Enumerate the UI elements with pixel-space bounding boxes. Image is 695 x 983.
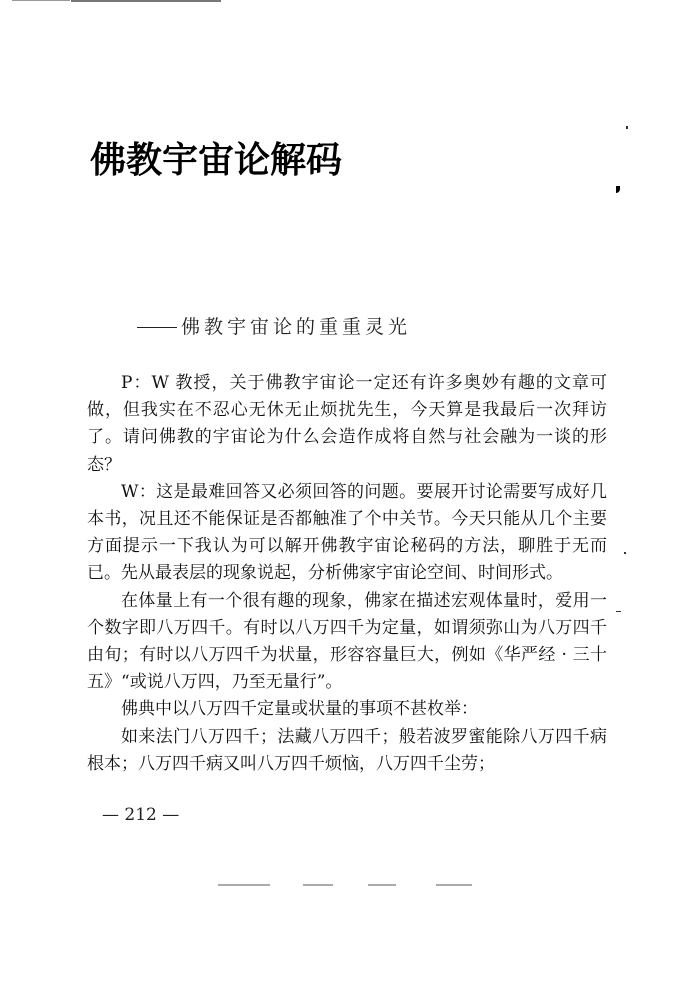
scan-smudge bbox=[436, 884, 472, 886]
paragraph: P：W 教授，关于佛教宇宙论一定还有许多奥妙有趣的文章可做，但我实在不忍心无休无… bbox=[87, 370, 607, 479]
scan-speck bbox=[626, 126, 628, 129]
chapter-title: 佛教宇宙论解码 bbox=[90, 132, 342, 183]
body-text: P：W 教授，关于佛教宇宙论一定还有许多奥妙有趣的文章可做，但我实在不忍心无休无… bbox=[87, 370, 607, 778]
scan-speck bbox=[616, 186, 620, 193]
paragraph: 如来法门八万四千；法藏八万四千；般若波罗蜜能除八万四千病根本；八万四千病又叫八万… bbox=[87, 724, 607, 778]
scan-smudge bbox=[218, 884, 270, 886]
scan-speck bbox=[624, 552, 626, 554]
scan-speck bbox=[616, 611, 621, 612]
paragraph: 佛典中以八万四千定量或状量的事项不甚枚举： bbox=[87, 696, 607, 723]
paragraph: W：这是最难回答又必须回答的问题。要展开讨论需要写成好几本书，况且还不能保证是否… bbox=[87, 479, 607, 588]
page-number: — 212 — bbox=[102, 805, 179, 825]
paragraph: 在体量上有一个很有趣的现象，佛家在描述宏观体量时，爱用一个数字即八万四千。有时以… bbox=[87, 588, 607, 697]
chapter-subtitle: 佛教宇宙论的重重灵光 bbox=[137, 312, 411, 339]
scan-smudge bbox=[368, 884, 396, 886]
em-dash bbox=[137, 327, 177, 328]
subtitle-text: 佛教宇宙论的重重灵光 bbox=[181, 316, 411, 338]
scan-smudge bbox=[303, 884, 333, 886]
